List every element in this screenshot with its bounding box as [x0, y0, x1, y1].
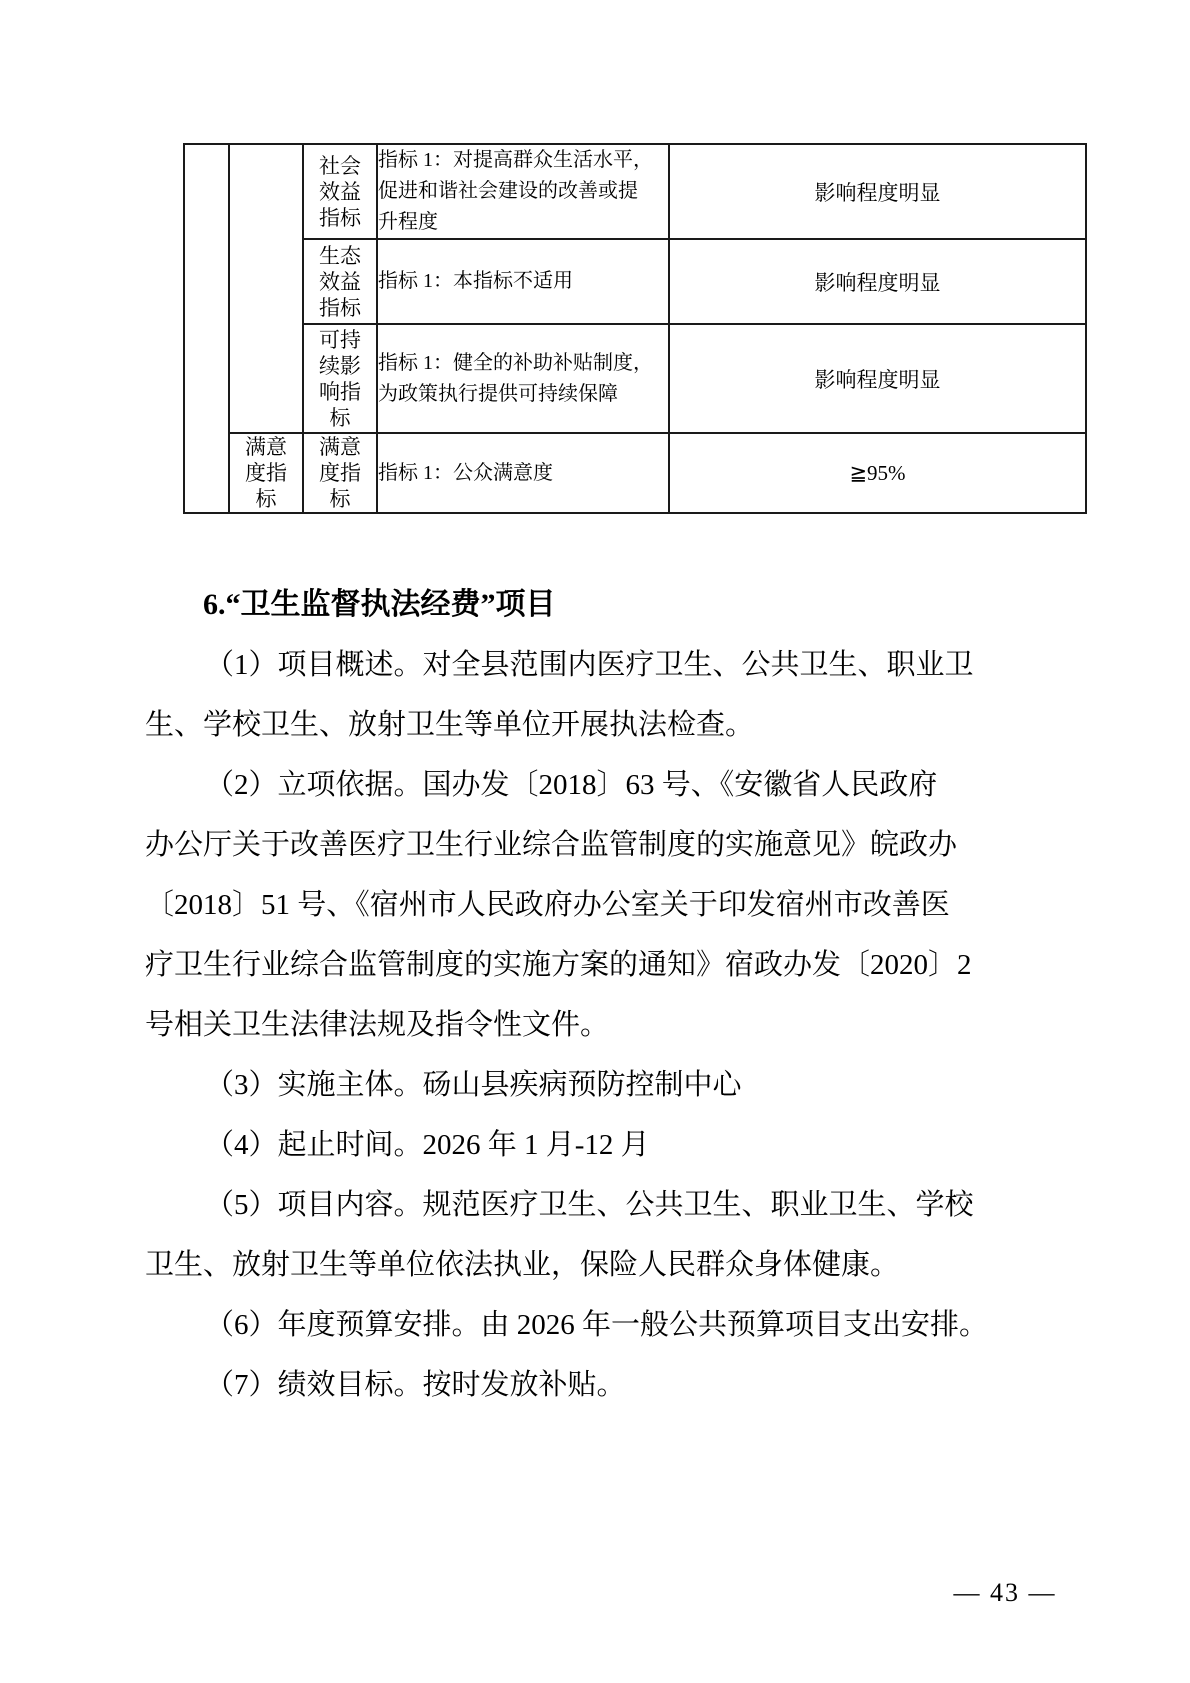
text-line: 续影 — [304, 353, 376, 379]
text-line: 指标 1：对提高群众生活水平， — [378, 145, 668, 176]
cell-group-satisfaction: 满意度指标 — [229, 433, 303, 513]
text-line: 可持 — [304, 327, 376, 353]
cell-indicator-sustainability: 指标 1：健全的补助补贴制度，为政策执行提供可持续保障 — [377, 324, 669, 433]
text-line: 生态 — [304, 243, 376, 269]
text-line: （6）年度预算安排。由 2026 年一般公共预算项目支出安排。 — [145, 1295, 1055, 1355]
text-line: （3）实施主体。砀山县疾病预防控制中心 — [145, 1055, 1055, 1115]
text-line: （7）绩效目标。按时发放补贴。 — [145, 1355, 1055, 1415]
paragraph-implementing-body: （3）实施主体。砀山县疾病预防控制中心 — [145, 1055, 1055, 1115]
text-line: 为政策执行提供可持续保障 — [378, 379, 668, 410]
cell-category-continuation — [184, 144, 229, 513]
text-line: 响指 — [304, 379, 376, 405]
performance-indicator-table: 社会效益指标 指标 1：对提高群众生活水平，促进和谐社会建设的改善或提升程度 影… — [183, 143, 1087, 514]
text-line: 效益 — [304, 179, 376, 205]
page-number: — 43 — — [920, 1575, 1090, 1611]
text-line: （2）立项依据。国办发〔2018〕63 号、《安徽省人民政府 — [145, 755, 1055, 815]
text-line: 生、学校卫生、放射卫生等单位开展执法检查。 — [145, 695, 1055, 755]
text-line: 指标 — [304, 295, 376, 321]
text-line: （4）起止时间。2026 年 1 月-12 月 — [145, 1115, 1055, 1175]
paragraph-approval-basis: （2）立项依据。国办发〔2018〕63 号、《安徽省人民政府办公厅关于改善医疗卫… — [145, 755, 1055, 1055]
text-line: 〔2018〕51 号、《宿州市人民政府办公室关于印发宿州市改善医 — [145, 875, 1055, 935]
text-line: 指标 — [304, 205, 376, 231]
text-line: 度指 — [304, 460, 376, 486]
cell-group-benefit-continuation — [229, 144, 303, 433]
table-row-social-benefit: 社会效益指标 指标 1：对提高群众生活水平，促进和谐社会建设的改善或提升程度 影… — [184, 144, 1086, 239]
cell-label-sustainability: 可持续影响指标 — [303, 324, 377, 433]
document-page: 社会效益指标 指标 1：对提高群众生活水平，促进和谐社会建设的改善或提升程度 影… — [0, 0, 1190, 1683]
text-line: 办公厅关于改善医疗卫生行业综合监管制度的实施意见》皖政办 — [145, 815, 1055, 875]
text-line: 疗卫生行业综合监管制度的实施方案的通知》宿政办发〔2020〕2 — [145, 935, 1055, 995]
paragraph-time-range: （4）起止时间。2026 年 1 月-12 月 — [145, 1115, 1055, 1175]
text-line: 标 — [230, 486, 302, 512]
cell-label-satisfaction: 满意度指标 — [303, 433, 377, 513]
text-line: 效益 — [304, 269, 376, 295]
paragraph-project-overview: （1）项目概述。对全县范围内医疗卫生、公共卫生、职业卫生、学校卫生、放射卫生等单… — [145, 635, 1055, 755]
text-line: 指标 1：健全的补助补贴制度， — [378, 348, 668, 379]
cell-indicator-social-benefit: 指标 1：对提高群众生活水平，促进和谐社会建设的改善或提升程度 — [377, 144, 669, 239]
cell-value-eco-benefit: 影响程度明显 — [669, 239, 1086, 324]
cell-value-social-benefit: 影响程度明显 — [669, 144, 1086, 239]
cell-value-sustainability: 影响程度明显 — [669, 324, 1086, 433]
text-line: 满意 — [304, 434, 376, 460]
text-line: 度指 — [230, 460, 302, 486]
text-line: （5）项目内容。规范医疗卫生、公共卫生、职业卫生、学校 — [145, 1175, 1055, 1235]
cell-indicator-satisfaction: 指标 1：公众满意度 — [377, 433, 669, 513]
paragraph-project-content: （5）项目内容。规范医疗卫生、公共卫生、职业卫生、学校卫生、放射卫生等单位依法执… — [145, 1175, 1055, 1295]
text-line: 标 — [304, 486, 376, 512]
table-row-eco-benefit: 生态效益指标 指标 1：本指标不适用 影响程度明显 — [184, 239, 1086, 324]
text-line: （1）项目概述。对全县范围内医疗卫生、公共卫生、职业卫 — [145, 635, 1055, 695]
text-line: 促进和谐社会建设的改善或提 — [378, 176, 668, 207]
text-line: 指标 1：公众满意度 — [378, 458, 668, 489]
text-line: 指标 1：本指标不适用 — [378, 266, 668, 297]
table-row-satisfaction: 满意度指标 满意度指标 指标 1：公众满意度 ≧95% — [184, 433, 1086, 513]
text-line: 满意 — [230, 434, 302, 460]
cell-label-social-benefit: 社会效益指标 — [303, 144, 377, 239]
text-line: 卫生、放射卫生等单位依法执业，保险人民群众身体健康。 — [145, 1235, 1055, 1295]
text-line: 升程度 — [378, 207, 668, 238]
text-line: 号相关卫生法律法规及指令性文件。 — [145, 995, 1055, 1055]
paragraph-performance-goal: （7）绩效目标。按时发放补贴。 — [145, 1355, 1055, 1415]
table-row-sustainability: 可持续影响指标 指标 1：健全的补助补贴制度，为政策执行提供可持续保障 影响程度… — [184, 324, 1086, 433]
cell-value-satisfaction: ≧95% — [669, 433, 1086, 513]
cell-label-eco-benefit: 生态效益指标 — [303, 239, 377, 324]
text-line: 社会 — [304, 153, 376, 179]
paragraph-annual-budget: （6）年度预算安排。由 2026 年一般公共预算项目支出安排。 — [145, 1295, 1055, 1355]
section-body: 6.“卫生监督执法经费”项目 （1）项目概述。对全县范围内医疗卫生、公共卫生、职… — [145, 575, 1055, 1415]
text-line: 标 — [304, 405, 376, 431]
section-heading: 6.“卫生监督执法经费”项目 — [145, 575, 1055, 635]
cell-indicator-eco-benefit: 指标 1：本指标不适用 — [377, 239, 669, 324]
